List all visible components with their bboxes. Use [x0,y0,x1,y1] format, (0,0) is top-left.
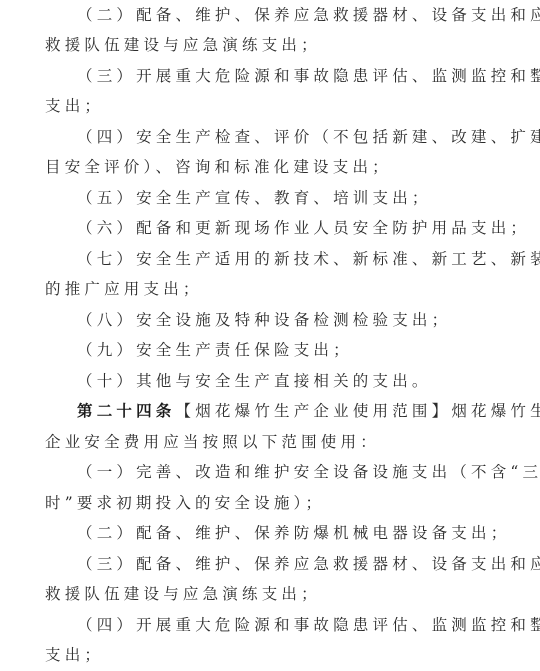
text-line: 企业安全费用应当按照以下范围使用： [45,432,475,452]
text-line: 时”要求初期投入的安全设施）； [45,493,475,513]
text-line: （六）配备和更新现场作业人员安全防护用品支出； [77,218,507,238]
text-line: 目安全评价）、咨询和标准化建设支出； [45,157,475,177]
article-title: 【烟花爆竹生产企业使用范围】烟花爆竹生产 [176,402,540,420]
text-line: 救援队伍建设与应急演练支出； [45,584,475,604]
text-line: 救援队伍建设与应急演练支出； [45,35,475,55]
text-line: （八）安全设施及特种设备检测检验支出； [77,310,507,330]
document-page: （二）配备、维护、保养应急救援器材、设备支出和应急 救援队伍建设与应急演练支出；… [0,0,540,671]
text-line: （四）开展重大危险源和事故隐患评估、监测监控和整改 [77,615,507,635]
text-line: （九）安全生产责任保险支出； [77,340,507,360]
text-line: 的推广应用支出； [45,279,475,299]
text-line: （五）安全生产宣传、教育、培训支出； [77,188,507,208]
text-line: （三）配备、维护、保养应急救援器材、设备支出和应急 [77,554,507,574]
text-line: （二）配备、维护、保养防爆机械电器设备支出； [77,523,507,543]
text-line: （三）开展重大危险源和事故隐患评估、监测监控和整改 [77,66,507,86]
text-line: （七）安全生产适用的新技术、新标准、新工艺、新装备 [77,249,507,269]
text-line: （一）完善、改造和维护安全设备设施支出（不含“三同 [77,462,507,482]
text-line: （四）安全生产检查、评价（不包括新建、改建、扩建项 [77,127,507,147]
text-line: 支出； [45,645,475,665]
article-number: 第二十四条 [77,401,176,420]
article-heading: 第二十四条【烟花爆竹生产企业使用范围】烟花爆竹生产 [77,401,507,421]
text-line: （二）配备、维护、保养应急救援器材、设备支出和应急 [77,5,507,25]
text-line: 支出； [45,96,475,116]
text-line: （十）其他与安全生产直接相关的支出。 [77,371,507,391]
